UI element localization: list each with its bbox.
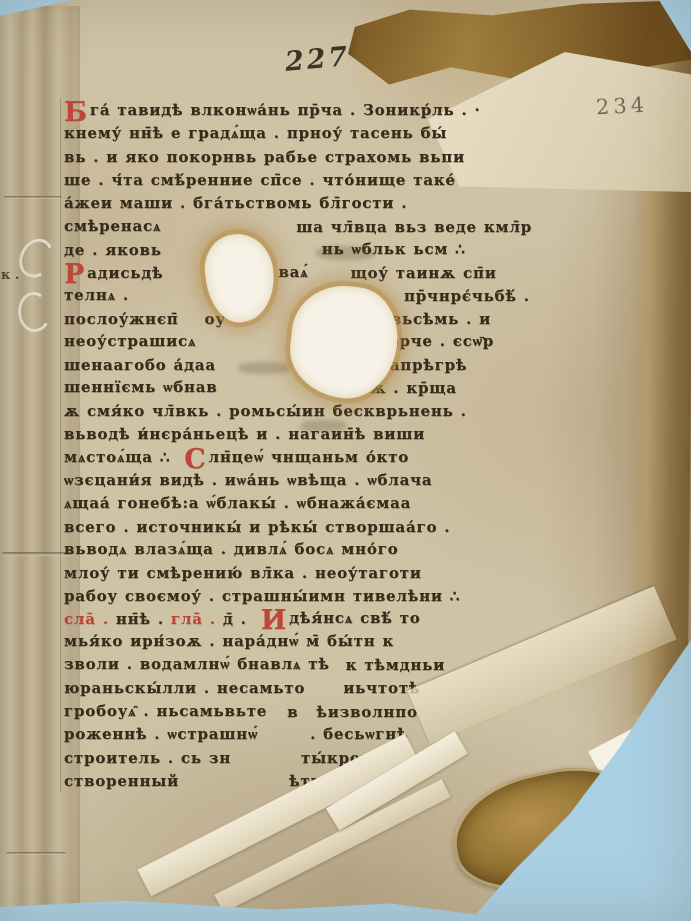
- text-segment: де . яковь: [64, 241, 162, 259]
- text-line: Радисьдѣваѧ́щоу́ таинѫ сп̄и: [64, 259, 630, 282]
- text-segment: ѫ смя́ко чл̄вкь . ромьсы́ин бескврьнень …: [64, 402, 467, 420]
- text-segment: в: [287, 703, 298, 721]
- text-line: ѡзєцани́я видѣ . иѡа́нь ѡвѣща . ѡблача: [64, 467, 630, 490]
- rubric-initial: Б: [64, 103, 88, 123]
- text-line: млоу́ ти смѣрению́ вл̄ка . неоу́таготи: [64, 559, 630, 582]
- text-line: кнему́ нн̄ѣ е градѧ́ща . прноу́ тасень б…: [64, 120, 630, 143]
- text-line: ѫ смя́ко чл̄вкь . ромьсы́ин бескврьнень …: [64, 397, 630, 420]
- text-segment: шенаагобо а́даа: [64, 356, 216, 374]
- text-segment: ѧщаа́ гонебѣ:а ѡ́блакы́ . ѡбнажа́ємаа: [64, 494, 411, 513]
- text-segment: ша чл̄вца вьз веде кмл̄р: [296, 218, 532, 236]
- text-segment: роженнѣ . ѡстрашнѡ́: [64, 725, 258, 744]
- text-segment: млоу́ ти смѣрению́ вл̄ка . неоу́таготи: [64, 564, 422, 582]
- manuscript-photo: Бга́ тавидѣ влконѡа́нь пр̄ча . Зоникр́ль…: [0, 0, 691, 921]
- text-segment: вь . и яко покорнвь рабье страхомь вьпи: [64, 148, 465, 166]
- text-segment: рабоу своємоу́ . страшны́имн тивелѣни ∴: [64, 587, 460, 605]
- text-line: вьводѣ и́нєра́ньецѣ и . нагаин̄ѣ виши: [64, 420, 630, 443]
- lacuna-gap: [308, 281, 350, 282]
- text-segment: д̄ .: [223, 610, 261, 628]
- text-segment: к тѣмдньи: [346, 656, 445, 674]
- text-segment: нн̄ѣ .: [116, 610, 171, 628]
- text-segment: пр̄чнрє́чьбѣ́ .: [404, 287, 530, 305]
- text-segment: адисьдѣ: [87, 264, 163, 282]
- folio-number-ink: 227: [284, 41, 352, 78]
- text-line: вь . и яко покорнвь рабье страхомь вьпи: [64, 143, 630, 166]
- text-segment: сла̄ .: [64, 610, 116, 628]
- spine-slit: [4, 196, 62, 199]
- rubric-initial: Р: [64, 265, 85, 285]
- lacuna-gap: [258, 743, 310, 744]
- text-line: а́жеи маши . бга́тьствомь бл̄гости .: [64, 189, 630, 212]
- text-line: гробоуѧ̑ . ньсамьвьтевѣизволнпо: [64, 697, 630, 720]
- text-line: Бга́ тавидѣ влконѡа́нь пр̄ча . Зоникр́ль…: [64, 97, 630, 120]
- rubric-initial: И: [261, 611, 287, 631]
- text-segment: зволи . водамлнѡ́ бнавлѧ тѣ: [64, 655, 330, 674]
- text-segment: вьсѣмь . и: [391, 310, 491, 328]
- text-segment: кнему́ нн̄ѣ е градѧ́ща . прноу́ тасень б…: [64, 124, 447, 143]
- text-segment: га́ тавидѣ влконѡа́нь пр̄ча . Зоникр́ль …: [90, 101, 481, 120]
- text-segment: ѣизволнпо: [316, 703, 417, 721]
- lacuna-gap: [305, 696, 343, 697]
- text-segment: ваѧ́: [278, 263, 308, 282]
- rubric-initial: С: [184, 450, 206, 470]
- text-segment: створенный: [64, 772, 179, 790]
- text-segment: ѡзєцани́я видѣ . иѡа́нь ѡвѣща . ѡблача: [64, 471, 432, 490]
- text-line: ше . ч́та смѣ́ренние сп̄се . что́нище та…: [64, 166, 630, 189]
- text-segment: мья́ко ирн́зоѫ . нара́днѡ́ м̄ бы́тн к: [64, 632, 394, 651]
- text-segment: неоу́страшисѧ: [64, 332, 196, 351]
- text-segment: гробоуѧ̑ . ньсамьвьте: [64, 702, 267, 721]
- text-segment: дѣя́нсѧ свѣ́ то: [289, 609, 420, 628]
- text-segment: вьводѧ влазѧ́ща . дивлѧ́ босѧ мно́го: [64, 540, 398, 559]
- text-segment: лн̄цеѡ́ чнщаньм о́кто: [209, 448, 410, 467]
- text-line: рабоу своємоу́ . страшны́имн тивелѣни ∴: [64, 582, 630, 605]
- lacuna-gap: [179, 327, 205, 328]
- lacuna-gap: [179, 789, 289, 790]
- text-segment: всего . источникы́ и рѣкы́ створшаа́го .: [64, 518, 450, 536]
- text-line: роженнѣ . ѡстрашнѡ́. бесьѡгнѣ: [64, 721, 630, 744]
- text-segment: нь ѡбльк ьсм ∴: [322, 240, 466, 259]
- text-line: мѧстоѧ́ща ∴ Слн̄цеѡ́ чнщаньм о́кто: [64, 443, 630, 466]
- text-segment: смѣренасѧ: [64, 217, 161, 236]
- text-line: смѣренасѧша чл̄вца вьз веде кмл̄р: [64, 212, 630, 235]
- text-segment: шеннїємь ѡбнав: [64, 378, 218, 397]
- folio-number-pencil: 234: [595, 93, 648, 120]
- text-frame-ruling: [60, 98, 61, 792]
- gutter-bleed-mark: к .: [1, 268, 19, 283]
- text-line: де . яковьнь ѡбльк ьсм ∴: [64, 236, 630, 259]
- text-segment: а́жеи маши . бга́тьствомь бл̄гости .: [64, 194, 407, 212]
- spine-slit: [6, 852, 66, 855]
- lacuna-gap: [330, 673, 346, 674]
- lacuna-gap: [218, 396, 338, 397]
- text-segment: строитель . сь зн: [64, 749, 231, 767]
- text-segment: послоу́жнєп̄: [64, 310, 179, 328]
- text-segment: юраньскы́лли . несамьто: [64, 679, 305, 697]
- text-line: всего . источникы́ и рѣкы́ створшаа́го .: [64, 513, 630, 536]
- text-line: сла̄ . нн̄ѣ . гла̄ . д̄ . Идѣя́нсѧ свѣ́ …: [64, 605, 630, 628]
- lacuna-gap: [231, 766, 301, 767]
- lacuna-gap: [298, 720, 316, 721]
- text-segment: вьводѣ и́нєра́ньецѣ и . нагаин̄ѣ виши: [64, 425, 425, 443]
- text-segment: ше . ч́та смѣ́ренние сп̄се . что́нище та…: [64, 171, 456, 189]
- text-line: вьводѧ влазѧ́ща . дивлѧ́ босѧ мно́го: [64, 536, 630, 559]
- text-line: ѧщаа́ гонебѣ:а ѡ́блакы́ . ѡбнажа́ємаа: [64, 490, 630, 513]
- text-segment: щоу́ таинѫ сп̄и: [350, 264, 496, 282]
- lacuna-gap: [267, 720, 287, 721]
- text-segment: мѧстоѧ́ща ∴: [64, 448, 184, 467]
- text-segment: гла̄ .: [171, 610, 223, 628]
- spine-slit: [2, 552, 72, 556]
